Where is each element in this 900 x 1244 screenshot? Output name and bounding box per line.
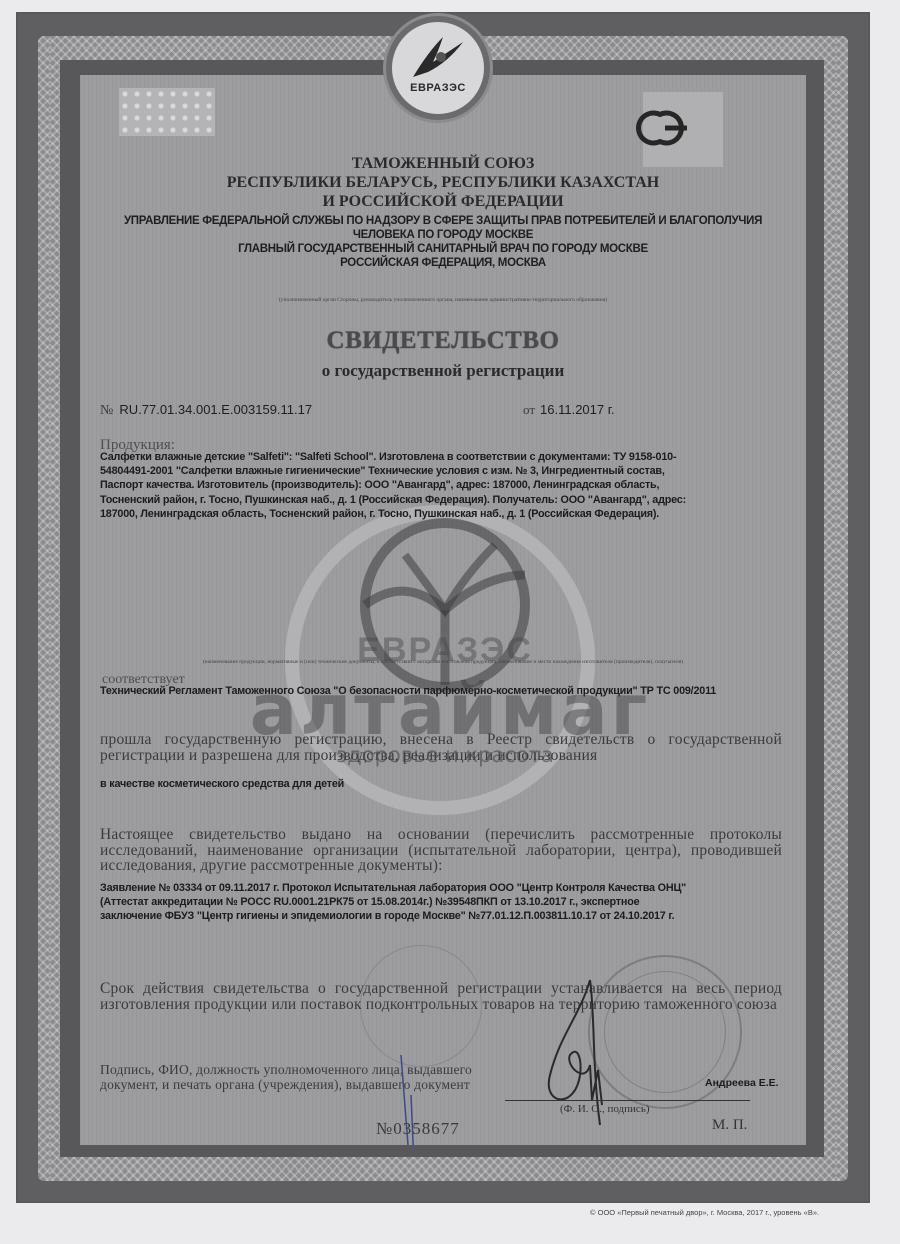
authority-caption: (уполномоченный орган Стороны, руководит… xyxy=(150,297,736,303)
basis-line: заключение ФБУЗ "Центр гигиены и эпидеми… xyxy=(100,909,800,923)
signature-line-caption: (Ф. И. О., подпись) xyxy=(560,1103,650,1115)
eurasec-emblem-icon xyxy=(408,32,468,82)
authority-line-3: ГЛАВНЫЙ ГОСУДАРСТВЕННЫЙ САНИТАРНЫЙ ВРАЧ … xyxy=(80,243,806,255)
certificate-body: ТАМОЖЕННЫЙ СОЮЗ РЕСПУБЛИКИ БЕЛАРУСЬ, РЕС… xyxy=(80,75,806,1145)
number-symbol: № xyxy=(100,403,113,418)
product-line: 54804491-2001 "Салфетки влажные гигиенич… xyxy=(100,464,800,478)
product-line: 187000, Ленинградская область, Тосненски… xyxy=(100,507,800,521)
certificate-date-value: 16.11.2017 г. xyxy=(540,402,614,417)
basis-line: Заявление № 03334 от 09.11.2017 г. Прото… xyxy=(100,881,800,895)
product-line: Тосненский район, г. Тосно, Пушкинская н… xyxy=(100,493,800,507)
certificate-number-value: RU.77.01.34.001.Е.003159.11.17 xyxy=(119,402,312,417)
watermark-slogan: здоровье и красота xyxy=(280,743,610,767)
se-conformity-mark-icon xyxy=(625,103,705,153)
authority-line-4: РОССИЙСКАЯ ФЕДЕРАЦИЯ, МОСКВА xyxy=(80,257,806,269)
blank-serial-number: №0358677 xyxy=(376,1119,460,1139)
product-line: Салфетки влажные детские "Salfeti": "Sal… xyxy=(100,450,800,464)
authority-line-1: УПРАВЛЕНИЕ ФЕДЕРАЛЬНОЙ СЛУЖБЫ ПО НАДЗОРУ… xyxy=(80,215,806,227)
security-pattern xyxy=(119,88,215,136)
authority-line-2: ЧЕЛОВЕКА ПО ГОРОДУ МОСКВЕ xyxy=(80,229,806,241)
document-title: СВИДЕТЕЛЬСТВО xyxy=(80,327,806,355)
eurasec-emblem: ЕВРАЗЭС xyxy=(386,16,490,120)
usage-text: в качестве косметического средства для д… xyxy=(100,777,344,791)
basis-documents: Заявление № 03334 от 09.11.2017 г. Прото… xyxy=(100,881,800,924)
basis-line: (Аттестат аккредитации № РОСС RU.0001.21… xyxy=(100,895,800,909)
printer-imprint: © ООО «Первый печатный двор», г. Москва,… xyxy=(590,1208,819,1217)
stamp-place-label: М. П. xyxy=(712,1117,747,1134)
validity-text: Срок действия свидетельства о государств… xyxy=(100,981,782,1012)
signer-name: Андреева Е.Е. xyxy=(705,1077,779,1089)
product-caption: (наименование продукции, нормативные и (… xyxy=(90,659,796,665)
emblem-label: ЕВРАЗЭС xyxy=(392,82,484,94)
document-subtitle: о государственной регистрации xyxy=(80,361,806,381)
date-prefix: от xyxy=(523,402,535,417)
header-line-2: РЕСПУБЛИКИ БЕЛАРУСЬ, РЕСПУБЛИКИ КАЗАХСТА… xyxy=(80,174,806,192)
signature-line xyxy=(505,1100,750,1101)
product-description: Салфетки влажные детские "Salfeti": "Sal… xyxy=(100,450,800,521)
certificate-number: №RU.77.01.34.001.Е.003159.11.17 xyxy=(100,402,312,419)
certificate-date: от16.11.2017 г. xyxy=(523,402,615,418)
basis-text: Настоящее свидетельство выдано на основа… xyxy=(100,827,782,874)
header-line-3: И РОССИЙСКОЙ ФЕДЕРАЦИИ xyxy=(80,193,806,211)
product-line: Паспорт качества. Изготовитель (производ… xyxy=(100,478,800,492)
header-line-1: ТАМОЖЕННЫЙ СОЮЗ xyxy=(80,155,806,173)
